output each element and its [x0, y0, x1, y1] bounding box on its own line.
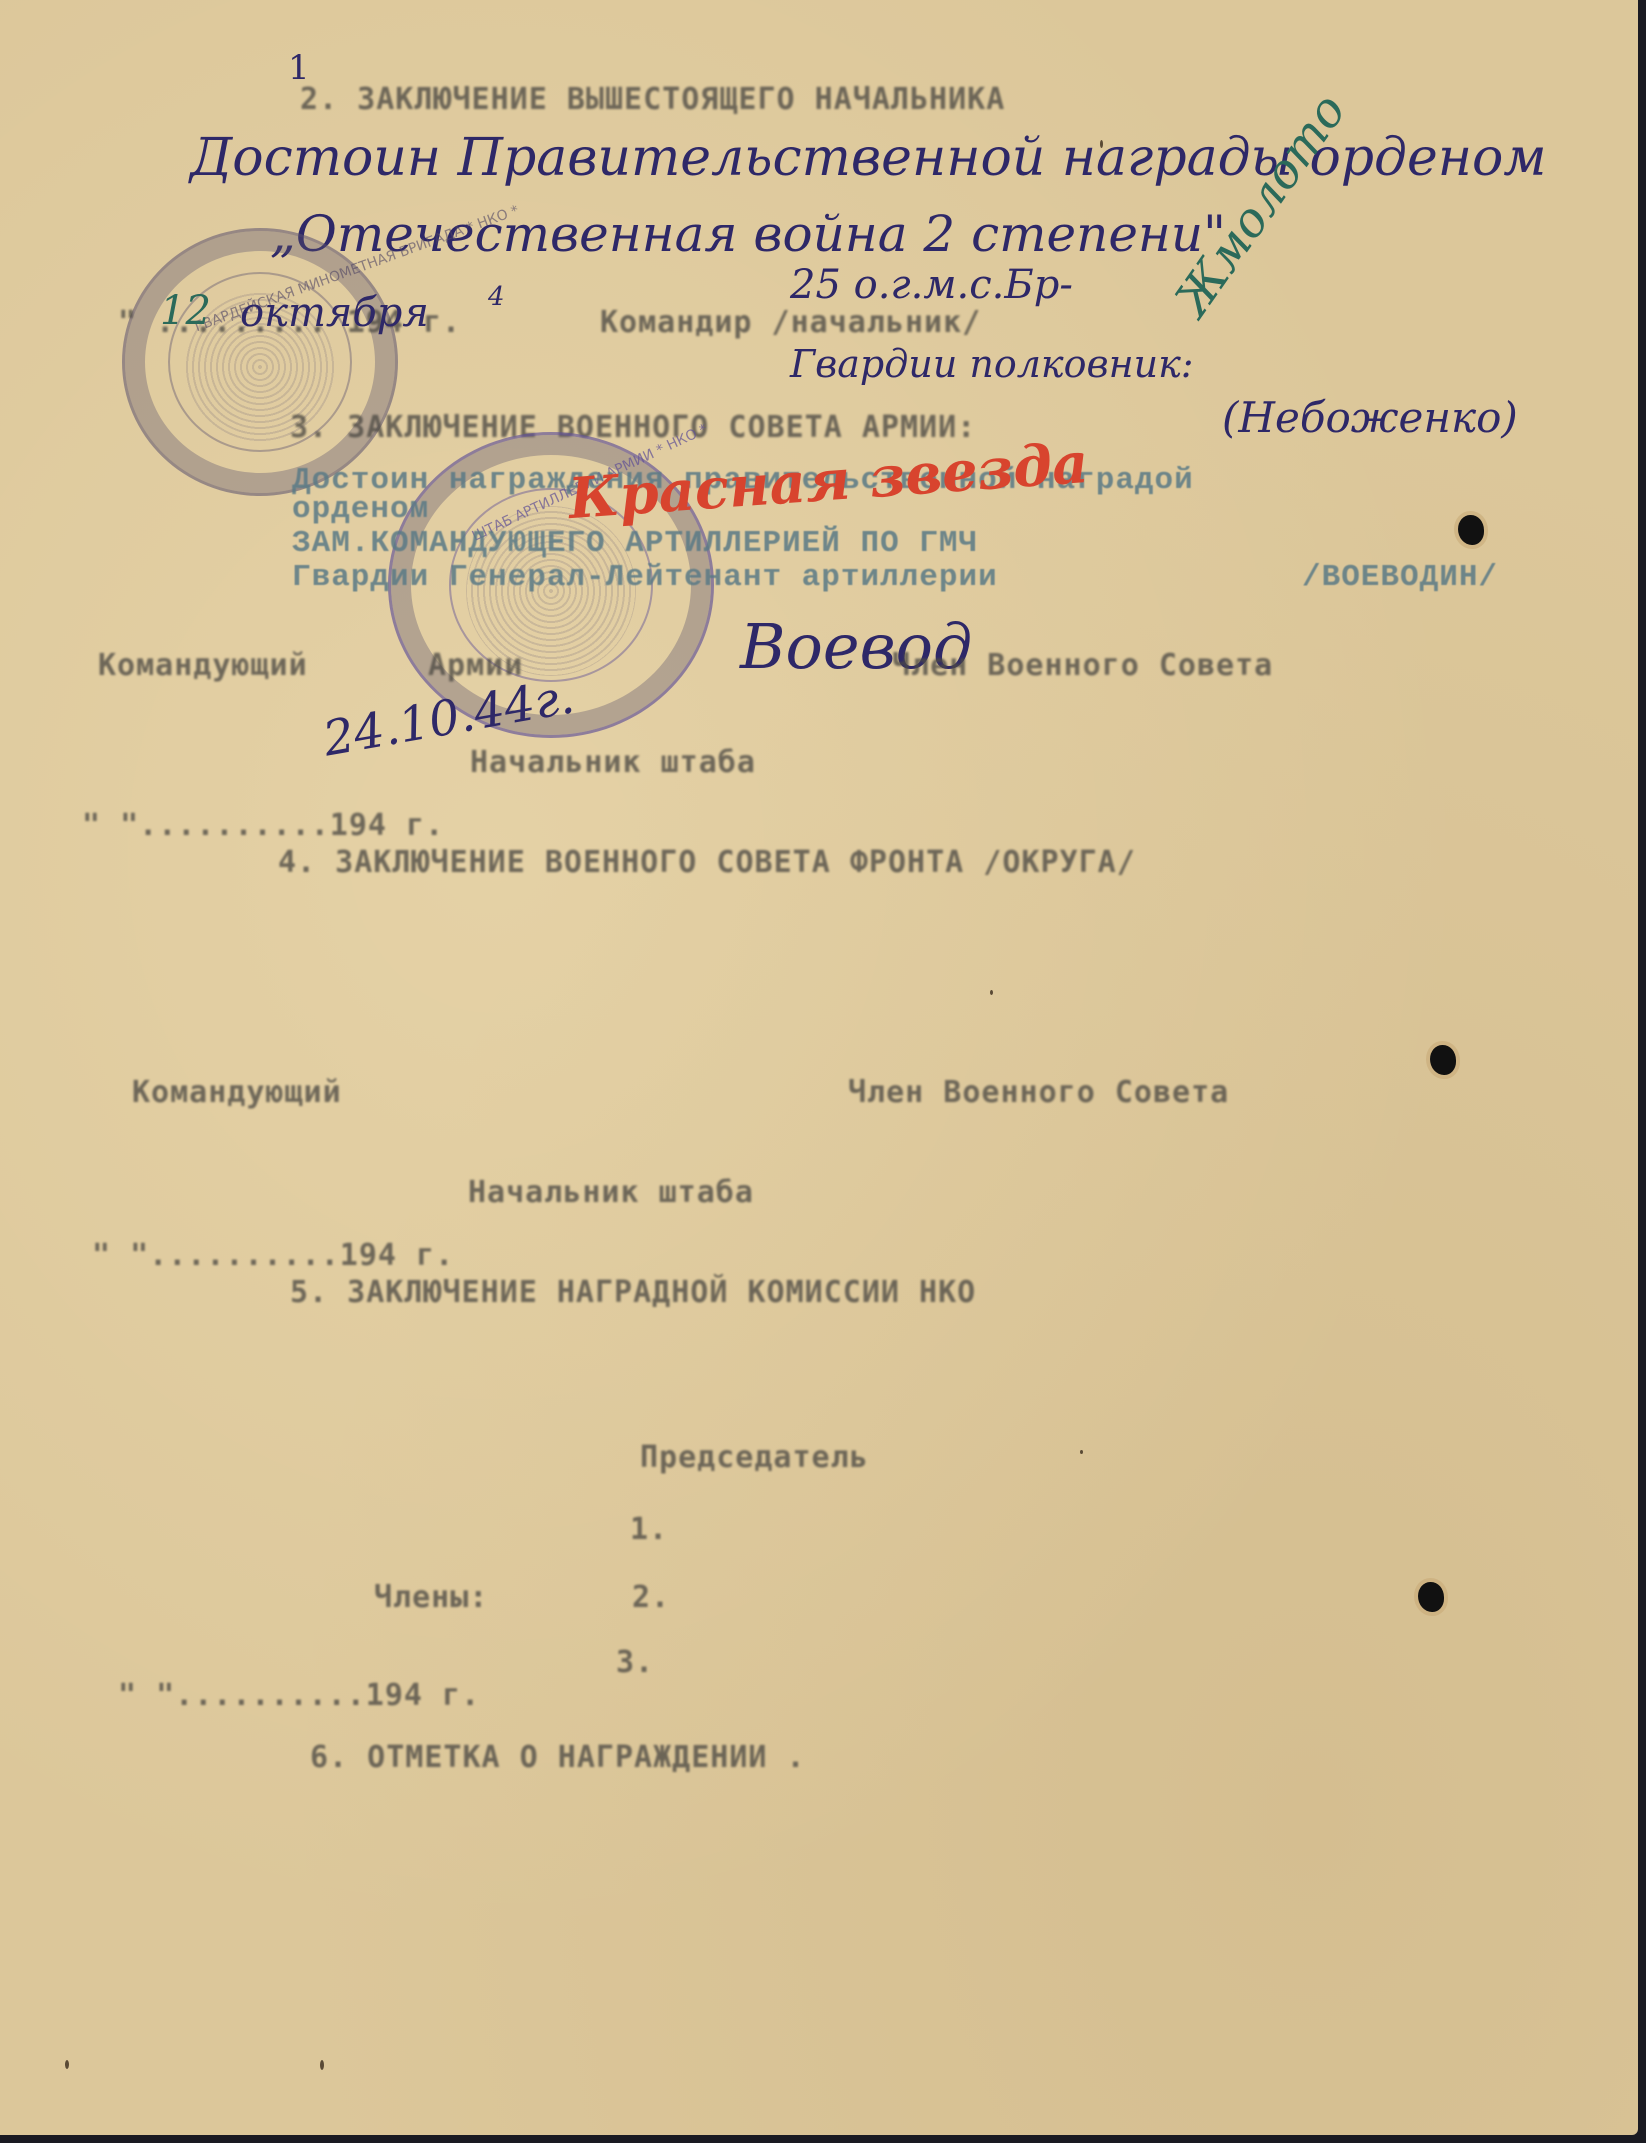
section3-date-line: " "..........194 г.	[82, 808, 444, 843]
paper-speck	[990, 990, 993, 995]
official-stamp-left: ГВАРДЕЙСКАЯ МИНОМЕТНАЯ БРИГАДА * НКО *	[122, 228, 398, 496]
front-commander-label: Командующий	[132, 1075, 342, 1110]
council-title-line: ЗАМ.КОМАНДУЮЩЕГО АРТИЛЛЕРИЕЙ ПО ГМЧ	[292, 526, 978, 561]
binding-hole	[1458, 515, 1484, 545]
handwritten-award-line1: Достоин Правительственной награды ордено…	[190, 128, 1546, 188]
section2-heading: 2. ЗАКЛЮЧЕНИЕ ВЫШЕСТОЯЩЕГО НАЧАЛЬНИКА	[300, 82, 1005, 117]
council-text-line2: орденом	[292, 492, 429, 527]
date-year-digit: 4	[488, 282, 505, 312]
section3-heading: 3. ЗАКЛЮЧЕНИЕ ВОЕННОГО СОВЕТА АРМИИ:	[290, 410, 976, 445]
section5-date-line: " "..........194 г.	[118, 1678, 480, 1713]
front-chief-of-staff-label: Начальник штаба	[468, 1175, 754, 1210]
document-page: 1 2. ЗАКЛЮЧЕНИЕ ВЫШЕСТОЯЩЕГО НАЧАЛЬНИКА …	[0, 0, 1638, 2135]
commission-members-label: Члены:	[374, 1580, 488, 1615]
commission-member-3: 3.	[616, 1645, 654, 1680]
section6-heading: 6. ОТМЕТКА О НАГРАЖДЕНИИ .	[310, 1740, 806, 1775]
army-chief-of-staff-label: Начальник штаба	[470, 745, 756, 780]
council-signer-name: /ВОЕВОДИН/	[1302, 560, 1498, 595]
section5-heading: 5. ЗАКЛЮЧЕНИЕ НАГРАДНОЙ КОМИССИИ НКО	[290, 1275, 976, 1310]
commission-member-2: 2.	[632, 1580, 670, 1615]
unit-designation: 25 о.г.м.с.Бр-	[790, 262, 1073, 308]
commander-rank: Гвардии полковник:	[790, 342, 1194, 386]
commission-member-1: 1.	[630, 1512, 668, 1547]
army-council-member-label: Член Военного Совета	[892, 648, 1273, 683]
date-month: октября	[240, 290, 429, 336]
red-annotation-award: Красная звезда	[566, 430, 1090, 532]
binding-hole	[1418, 1582, 1444, 1612]
army-commander-label: Командующий	[98, 648, 308, 683]
paper-speck	[1080, 1450, 1083, 1454]
paper-speck	[65, 2060, 69, 2069]
paper-speck	[320, 2060, 324, 2070]
section4-heading: 4. ЗАКЛЮЧЕНИЕ ВОЕННОГО СОВЕТА ФРОНТА /ОК…	[278, 845, 1136, 880]
front-council-member-label: Член Военного Совета	[848, 1075, 1229, 1110]
commander-label: Командир /начальник/	[600, 305, 981, 340]
commander-name: (Небоженко)	[1222, 393, 1518, 442]
section4-date-line: " "..........194 г.	[92, 1238, 454, 1273]
commission-chairman-label: Председатель	[640, 1440, 869, 1475]
council-rank-line: Гвардии Генерал-Лейтенант артиллерии	[292, 560, 998, 595]
binding-hole	[1430, 1045, 1456, 1075]
date-day: 12	[160, 288, 211, 334]
